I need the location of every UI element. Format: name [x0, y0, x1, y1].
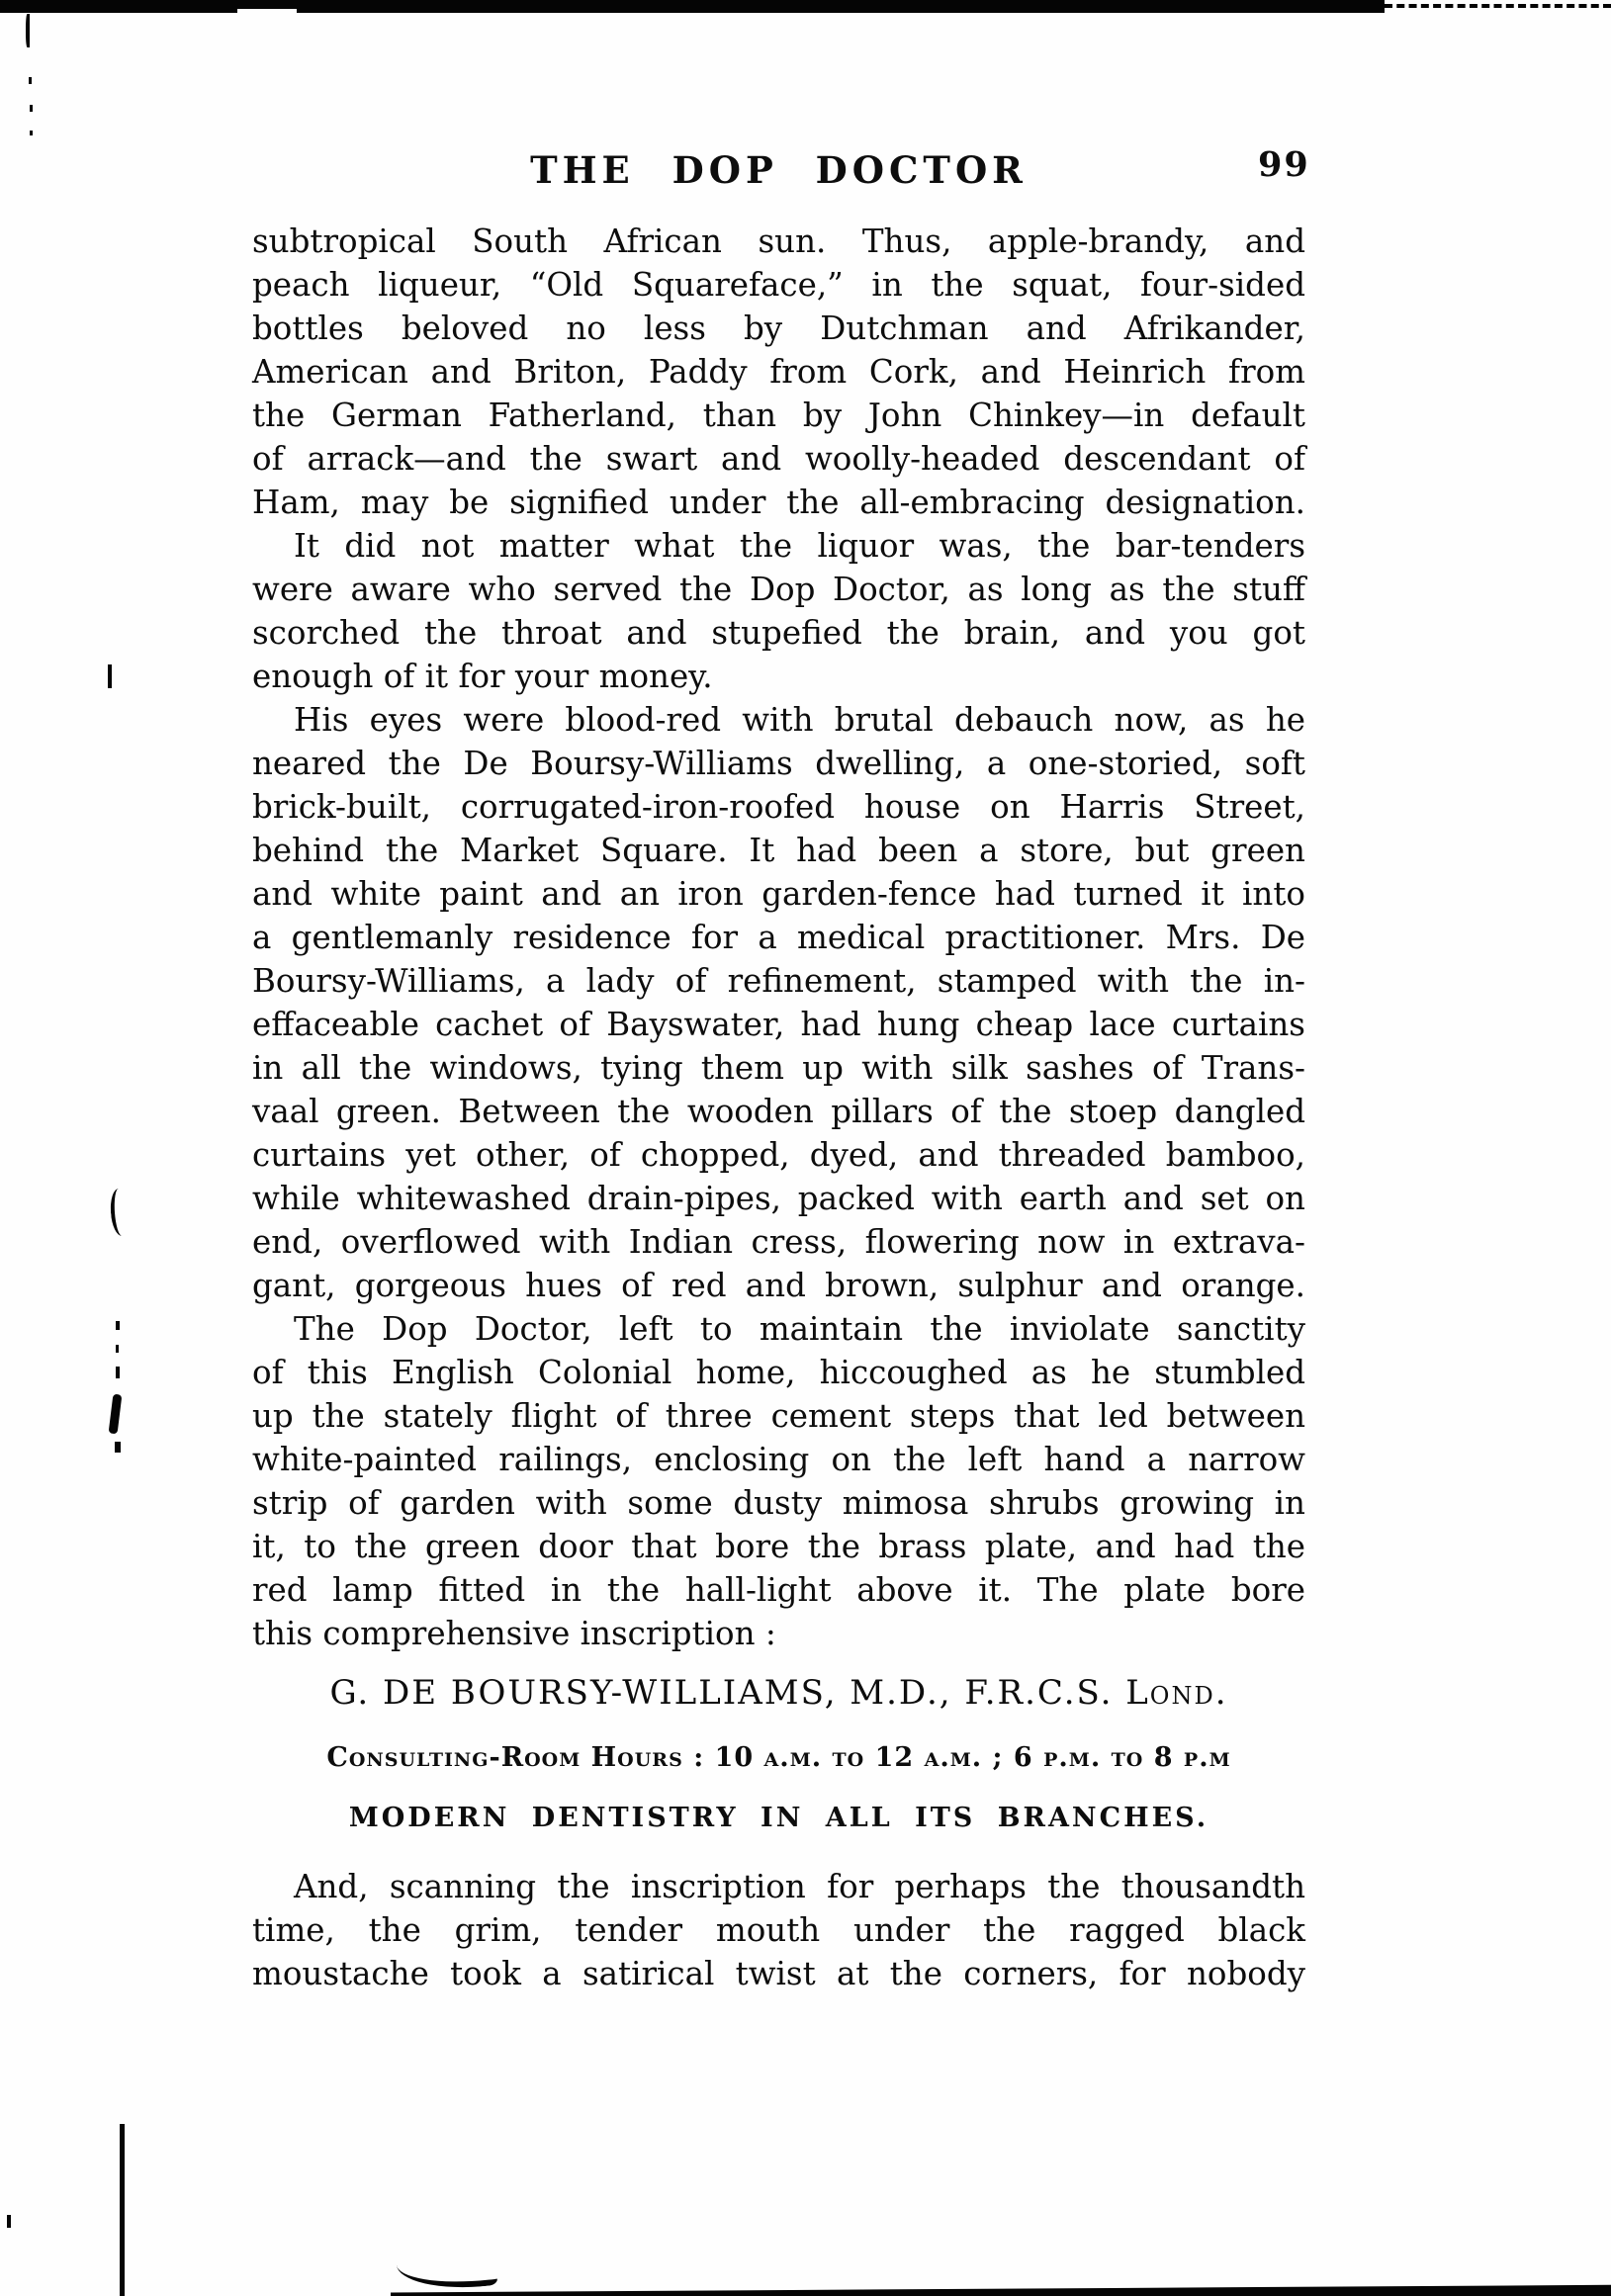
text-line: It did not matter what the liquor was, t… [252, 524, 1305, 568]
text-line: bottles beloved no less by Dutchman and … [252, 307, 1305, 350]
scan-artifact-curl [26, 14, 30, 47]
scan-edge-bottom [391, 2280, 1611, 2296]
text-line: effaceable cachet of Bayswater, had hung… [252, 1003, 1305, 1046]
scan-artifact-blob [109, 1394, 123, 1435]
scan-artifact-tick [108, 664, 112, 688]
scan-edge-top [0, 0, 1385, 13]
inscription-doctor-name: G. DE BOURSY-WILLIAMS, M.D., F.R.C.S. Lo… [252, 1671, 1305, 1715]
scan-artifact-tick [7, 2215, 11, 2228]
scan-artifact-dot [30, 105, 33, 112]
text-line: strip of garden with some dusty mimosa s… [252, 1481, 1305, 1525]
inscription-doctor-name-suffix: Lond. [1125, 1673, 1227, 1713]
text-line: it, to the green door that bore the bras… [252, 1525, 1305, 1568]
scan-artifact-dash [116, 1321, 120, 1330]
scan-edge-top-dashed [1385, 4, 1611, 8]
text-line: white-painted railings, enclosing on the… [252, 1438, 1305, 1481]
text-line: red lamp fitted in the hall-light above … [252, 1568, 1305, 1612]
inscription-dentistry-line: MODERN DENTISTRY IN ALL ITS BRANCHES. [252, 1800, 1305, 1837]
scan-artifact-paren [109, 1189, 128, 1237]
text-line: His eyes were blood-red with brutal deba… [252, 698, 1305, 742]
inscription-block: G. DE BOURSY-WILLIAMS, M.D., F.R.C.S. Lo… [252, 1671, 1305, 1837]
scan-artifact-dot [30, 131, 33, 135]
text-line: subtropical South African sun. Thus, app… [252, 220, 1305, 263]
scan-gutter-line [120, 2124, 125, 2296]
scan-artifact-dot [29, 77, 32, 84]
text-line: scorched the throat and stupefied the br… [252, 611, 1305, 655]
text-line: were aware who served the Dop Doctor, as… [252, 568, 1305, 611]
text-line: Ham, may be signified under the all-embr… [252, 481, 1305, 524]
text-line: in all the windows, tying them up with s… [252, 1046, 1305, 1090]
scan-edge-top-notch [237, 9, 297, 14]
text-line: gant, gorgeous hues of red and brown, su… [252, 1264, 1305, 1307]
text-line: and white paint and an iron garden-fence… [252, 872, 1305, 916]
text-line: And, scanning the inscription for perhap… [252, 1865, 1305, 1908]
text-line: behind the Market Square. It had been a … [252, 829, 1305, 872]
text-line: Boursy-Williams, a lady of refinement, s… [252, 959, 1305, 1003]
text-line: of arrack—and the swart and woolly-heade… [252, 437, 1305, 481]
text-line: American and Briton, Paddy from Cork, an… [252, 350, 1305, 394]
text-line: of this English Colonial home, hiccoughe… [252, 1351, 1305, 1394]
text-line: brick-built, corrugated-iron-roofed hous… [252, 785, 1305, 829]
text-line: The Dop Doctor, left to maintain the inv… [252, 1307, 1305, 1351]
text-line: end, overflowed with Indian cress, flowe… [252, 1220, 1305, 1264]
book-page-scan: THE DOP DOCTOR 99 subtropical South Afri… [0, 0, 1611, 2296]
text-line: time, the grim, tender mouth under the r… [252, 1908, 1305, 1952]
text-line: enough of it for your money. [252, 655, 1305, 698]
text-line: moustache took a satirical twist at the … [252, 1952, 1305, 1995]
paragraphs-bottom: And, scanning the inscription for perhap… [252, 1865, 1305, 1995]
page-number: 99 [1258, 144, 1310, 185]
text-line: the German Fatherland, than by John Chin… [252, 394, 1305, 437]
text-line: this comprehensive inscription : [252, 1612, 1305, 1655]
text-line: a gentlemanly residence for a medical pr… [252, 916, 1305, 959]
scan-artifact-dash [116, 1367, 120, 1378]
scan-artifact-mark [115, 1442, 121, 1453]
scan-artifact-dash [116, 1345, 119, 1353]
paragraphs-top: subtropical South African sun. Thus, app… [252, 220, 1305, 1655]
inscription-consulting-hours: Consulting-Room Hours : 10 a.m. to 12 a.… [252, 1740, 1305, 1776]
text-column: subtropical South African sun. Thus, app… [252, 220, 1305, 1995]
text-line: while whitewashed drain-pipes, packed wi… [252, 1177, 1305, 1220]
text-line: vaal green. Between the wooden pillars o… [252, 1090, 1305, 1133]
text-line: peach liqueur, “Old Squareface,” in the … [252, 263, 1305, 307]
running-head-title: THE DOP DOCTOR [252, 148, 1305, 192]
scan-artifact-swoosh [396, 2252, 497, 2295]
text-line: neared the De Boursy-Williams dwelling, … [252, 742, 1305, 785]
text-line: curtains yet other, of chopped, dyed, an… [252, 1133, 1305, 1177]
text-line: up the stately flight of three cement st… [252, 1394, 1305, 1438]
inscription-doctor-name-main: G. DE BOURSY-WILLIAMS, M.D., F.R.C.S. [329, 1673, 1125, 1713]
